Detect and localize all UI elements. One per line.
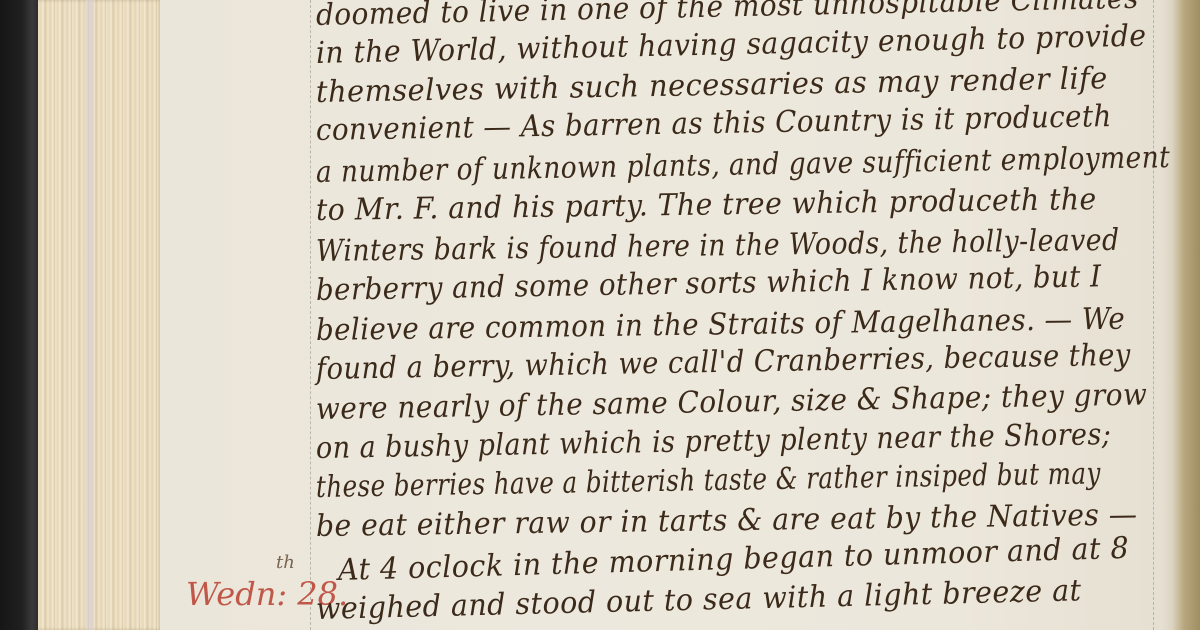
book-binding (0, 0, 40, 630)
page-edges (38, 0, 162, 630)
text-line: to Mr. F. and his party. The tree which … (316, 182, 1097, 228)
manuscript-scan: th Wedn: 28. doomed to live in one of th… (0, 0, 1200, 630)
right-margin-rule (1153, 0, 1154, 630)
marginal-mark: th (276, 552, 295, 573)
right-page-edge (1160, 0, 1200, 630)
page-edge-shadow (86, 0, 94, 630)
left-margin-rule (310, 0, 311, 630)
handwritten-text: doomed to live in one of the most unhosp… (316, 0, 1146, 630)
